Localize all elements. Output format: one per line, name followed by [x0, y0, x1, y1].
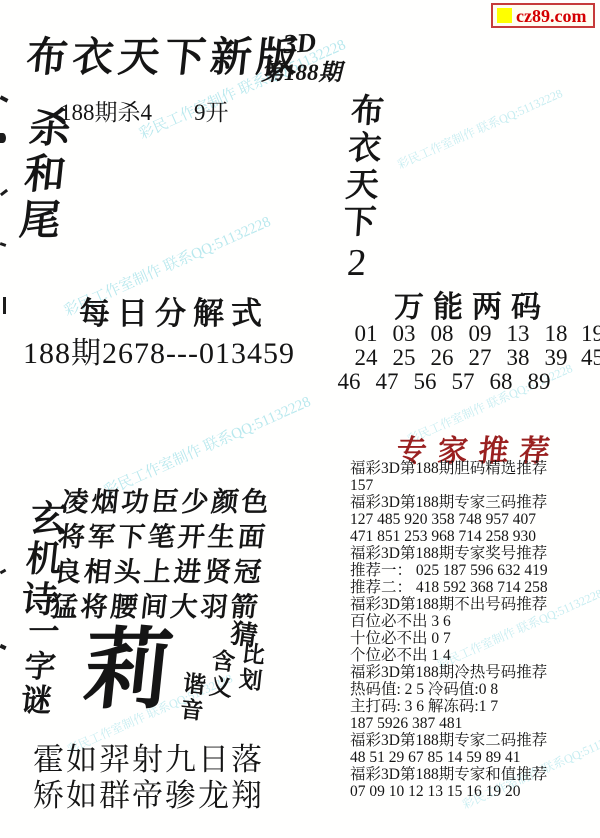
expert-line: 157 — [350, 477, 592, 494]
expert-recommendation-list: 福彩3D第188期胆码精选推荐 157 福彩3D第188期专家三码推荐 127 … — [350, 460, 592, 800]
code-cell: 09 — [467, 322, 493, 345]
closing-poem: 霍如羿射九日落 矫如群帝骖龙翔 — [33, 742, 264, 814]
watermark: 彩民工作室制作 联系QQ:51132228 — [394, 84, 565, 172]
daily-decomposition-formula: 188期2678---013459 — [23, 328, 295, 372]
one-char-riddle-label: 一字谜 — [16, 615, 65, 719]
expert-line: 十位必不出 0 7 — [350, 630, 592, 647]
scan-artifact — [3, 297, 6, 314]
vertical-brand: 布衣天下2 — [334, 94, 389, 284]
codes-row: 24 25 26 27 38 39 45? — [336, 346, 588, 369]
code-cell: 03 — [391, 322, 417, 345]
code-cell: 27 — [467, 346, 493, 369]
universal-two-codes-title: 万能两码 — [394, 282, 550, 326]
code-cell: 19? — [581, 322, 600, 345]
site-badge-label[interactable]: cz89.com — [516, 7, 586, 25]
kill-number-line: 188期杀49开 — [60, 94, 229, 127]
code-cell: 39 — [543, 346, 569, 369]
expert-line: 187 5926 387 481 — [350, 715, 592, 732]
scan-artifact — [0, 644, 7, 650]
code-cell: 38 — [505, 346, 531, 369]
code-cell: 08 — [429, 322, 455, 345]
expert-line: 推荐一： 025 187 596 632 419 — [350, 562, 592, 579]
code-cell: 89 — [526, 370, 552, 393]
code-cell: 57 — [450, 370, 476, 393]
riddle-answer-char: 莉 — [79, 628, 176, 716]
codes-row: 01 03 08 09 13 18 19? — [336, 322, 588, 345]
kill-part2: 9开 — [194, 100, 229, 125]
expert-line: 热码值: 2 5 冷码值:0 8 — [350, 681, 592, 698]
closing-poem-line: 霍如羿射九日落 — [33, 742, 264, 778]
code-cell: 25 — [391, 346, 417, 369]
code-cell: 68 — [488, 370, 514, 393]
expert-line: 百位必不出 3 6 — [350, 613, 592, 630]
code-cell: 01 — [353, 322, 379, 345]
expert-line: 福彩3D第188期胆码精选推荐 — [350, 460, 592, 477]
yellow-square-icon — [497, 8, 512, 23]
closing-poem-line: 矫如群帝骖龙翔 — [33, 778, 264, 814]
scan-artifact — [0, 133, 6, 143]
issue-number: 第188期 — [261, 54, 342, 87]
scan-artifact — [0, 569, 6, 575]
code-cell: 45? — [581, 346, 600, 369]
riddle-hint-meaning: 含义 — [206, 648, 237, 702]
mystery-poem-line: 凌烟功臣少颜色 — [60, 485, 274, 520]
universal-two-codes-table: 01 03 08 09 13 18 19? 24 25 26 27 38 39 … — [336, 322, 588, 394]
daily-decomposition-title: 每日分解式 — [79, 288, 269, 333]
mystery-poem-line: 将军下笔开生面 — [56, 520, 270, 555]
riddle-hint-homophone: 谐音 — [177, 671, 208, 725]
scan-artifact — [0, 242, 6, 247]
vertical-brand-number: 2 — [346, 242, 368, 284]
expert-line: 127 485 920 358 748 957 407 — [350, 511, 592, 528]
vertical-kill-label: 杀和尾 — [15, 106, 75, 244]
code-cell: 26 — [429, 346, 455, 369]
code-cell: 47 — [374, 370, 400, 393]
expert-line: 471 851 253 968 714 258 930 — [350, 528, 592, 545]
code-cell: 46 — [336, 370, 362, 393]
expert-line: 推荐二： 418 592 368 714 258 — [350, 579, 592, 596]
code-cell: 56 — [412, 370, 438, 393]
expert-line: 福彩3D第188期专家和值推荐 — [350, 766, 592, 783]
vertical-brand-title: 布衣天下 — [342, 94, 385, 241]
code-cell: 24 — [353, 346, 379, 369]
riddle-hint-strokes: 比划 — [236, 641, 267, 695]
site-badge[interactable]: cz89.com — [491, 3, 595, 28]
codes-row: 46 47 56 57 68 89 — [336, 370, 588, 393]
scan-artifact — [0, 95, 8, 102]
mystery-poem-line: 猛将腰间大羽箭 — [49, 590, 263, 625]
scan-artifact — [0, 189, 8, 196]
code-cell: 13 — [505, 322, 531, 345]
expert-line: 个位必不出 1 4 — [350, 647, 592, 664]
code-cell: 18 — [543, 322, 569, 345]
expert-line: 福彩3D第188期专家二码推荐 — [350, 732, 592, 749]
expert-line: 07 09 10 12 13 15 16 19 20 — [350, 783, 592, 800]
expert-line: 福彩3D第188期冷热号码推荐 — [350, 664, 592, 681]
expert-line: 主打码: 3 6 解冻码:1 7 — [350, 698, 592, 715]
lottery-sheet-page: 彩民工作室制作 联系QQ:51132228 彩民工作室制作 联系QQ:51132… — [0, 0, 600, 838]
expert-line: 福彩3D第188期不出号码推荐 — [350, 596, 592, 613]
expert-line: 福彩3D第188期专家三码推荐 — [350, 494, 592, 511]
expert-line: 福彩3D第188期专家奖号推荐 — [350, 545, 592, 562]
mystery-poem-line: 良相头上进贤冠 — [52, 555, 266, 590]
expert-line: 48 51 29 67 85 14 59 89 41 — [350, 749, 592, 766]
mystery-poem: 凌烟功臣少颜色 将军下笔开生面 良相头上进贤冠 猛将腰间大羽箭 — [49, 485, 274, 625]
